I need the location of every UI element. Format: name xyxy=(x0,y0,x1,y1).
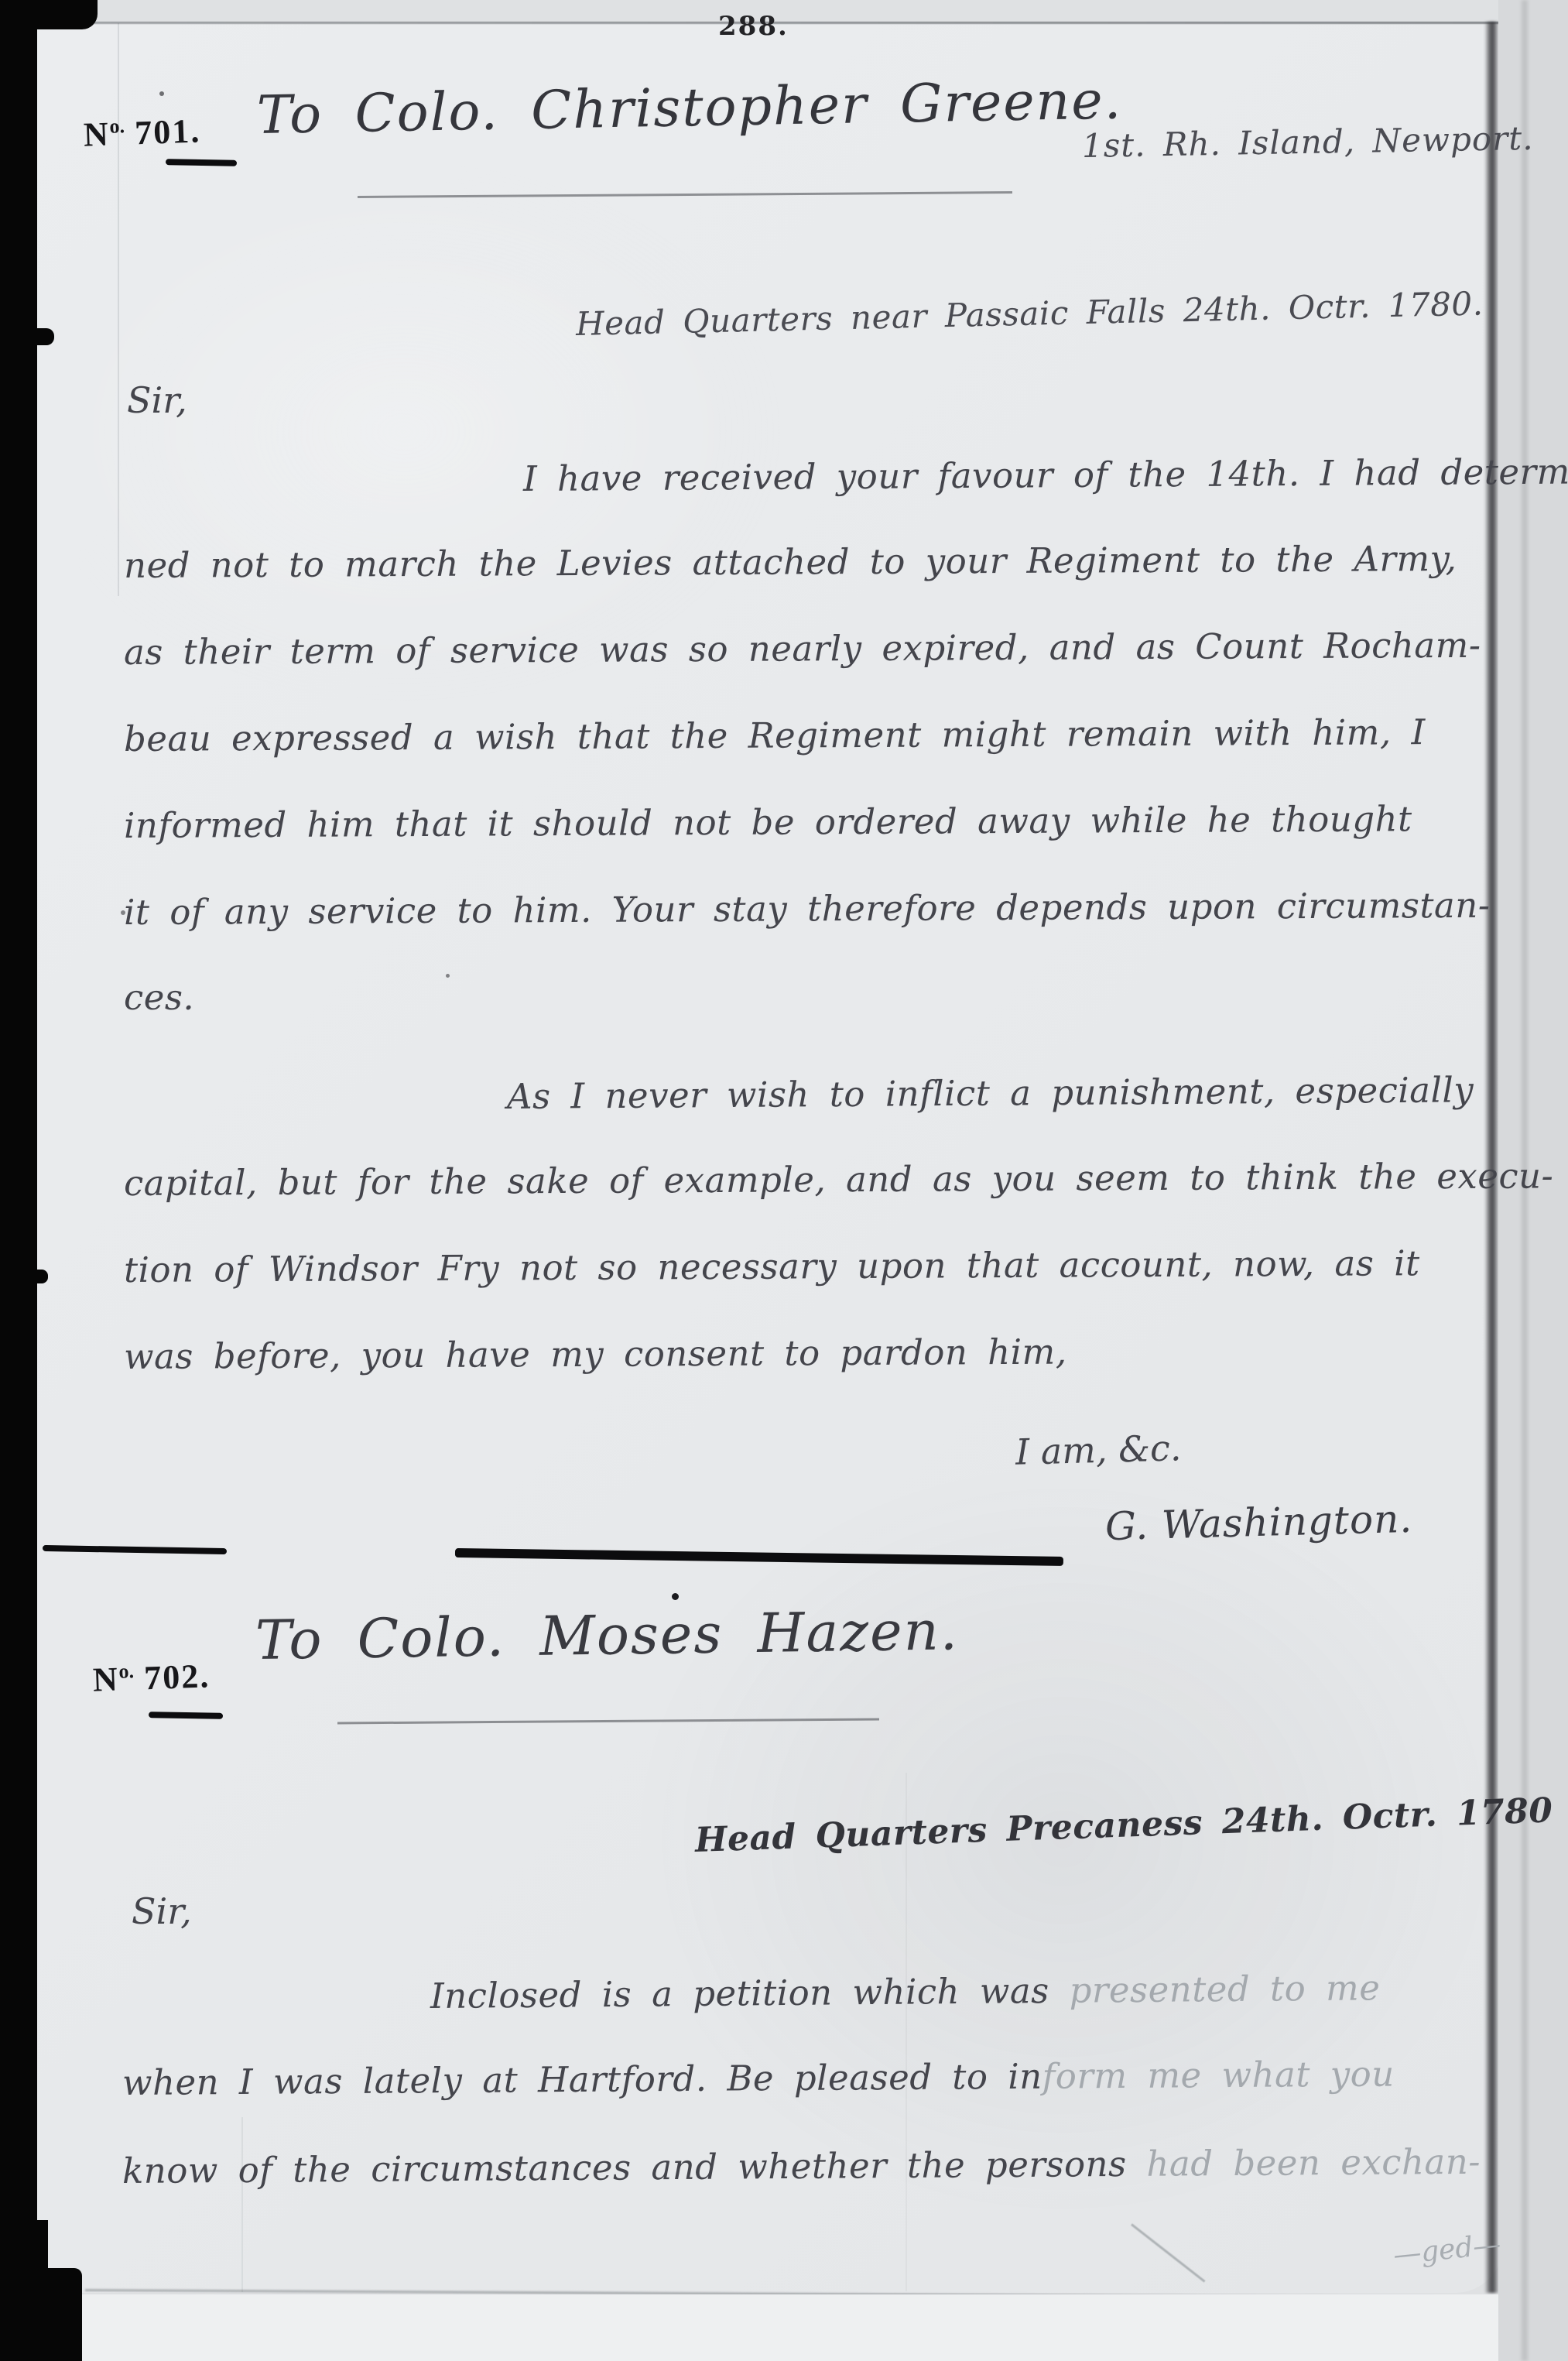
letter1-salutation: Sir, xyxy=(127,379,187,421)
letter1-body-line: was before, you have my consent to pardo… xyxy=(124,1331,1067,1377)
letter1-signature: G. Washington. xyxy=(1104,1496,1413,1549)
film-nub xyxy=(29,328,54,345)
film-edge-left xyxy=(0,0,37,2361)
letter2-salutation: Sir, xyxy=(132,1890,192,1932)
letter1-body-line: ned not to march the Levies attached to … xyxy=(124,538,1457,586)
paper-crease xyxy=(241,2117,243,2292)
letter1-closing: I am, &c. xyxy=(1015,1427,1182,1473)
page-number: 288. xyxy=(718,11,789,42)
letter1-body-line: it of any service to him. Your stay ther… xyxy=(124,885,1491,933)
entry-number-underline xyxy=(166,159,237,166)
letter2-body-text: know of the circumstances and whether th… xyxy=(122,2143,1147,2191)
letter1-body-line: as their term of service was so nearly e… xyxy=(124,625,1481,673)
entry-number-702: No. 702. xyxy=(92,1656,211,1699)
ink-speck xyxy=(159,91,164,96)
entry-number-superscript: o. xyxy=(118,1660,135,1683)
entry-number-underline xyxy=(149,1712,223,1719)
film-blob-top-left xyxy=(0,0,98,29)
entry-number-prefix: N xyxy=(92,1660,119,1698)
letter1-body-line: ces. xyxy=(124,977,194,1018)
letter1-body-line: informed him that it should not be order… xyxy=(124,798,1412,846)
letter2-body-text: Inclosed is a petition which was xyxy=(430,1970,1070,2017)
letter2-body-text-faded: form me what you xyxy=(1042,2054,1394,2097)
letter1-body-line: As I never wish to inflict a punishment,… xyxy=(507,1069,1474,1117)
manuscript-scan: 288. No. 701. To Colo. Christopher Green… xyxy=(0,0,1568,2361)
letter2-body-text-faded: presented to me xyxy=(1069,1967,1380,2011)
letter2-body-text-faded: had been exchan- xyxy=(1146,2141,1481,2185)
letter1-body-line: capital, but for the sake of example, an… xyxy=(124,1155,1554,1204)
paper-top-edge xyxy=(91,22,1549,24)
entry-number-701: No. 701. xyxy=(83,111,201,154)
letter2-body-text: when I was lately at Hartford. Be please… xyxy=(122,2056,1042,2103)
letter1-body-line: I have received your favour of the 14th.… xyxy=(523,451,1568,499)
film-nub xyxy=(29,1270,48,1283)
letter2-body-line: Inclosed is a petition which was present… xyxy=(430,1967,1381,2017)
entry-number-value: 701. xyxy=(134,111,201,152)
entry-number-prefix: N xyxy=(83,115,110,153)
letter1-body-line: tion of Windsor Fry not so necessary upo… xyxy=(124,1242,1420,1290)
film-blob-bottom-left xyxy=(0,2268,82,2361)
entry-number-superscript: o. xyxy=(109,115,125,138)
paper-crease xyxy=(118,23,119,596)
letter1-body-line: beau expressed a wish that the Regiment … xyxy=(124,711,1426,759)
ink-speck xyxy=(121,910,125,915)
letter2-title: To Colo. Moses Hazen. xyxy=(255,1599,959,1672)
ink-speck xyxy=(446,974,450,978)
backing-below-page xyxy=(0,2294,1568,2361)
letter1-title-destination: 1st. Rh. Island, Newport. xyxy=(1082,119,1534,165)
ink-speck xyxy=(672,1593,679,1600)
entry-number-value: 702. xyxy=(143,1657,211,1697)
